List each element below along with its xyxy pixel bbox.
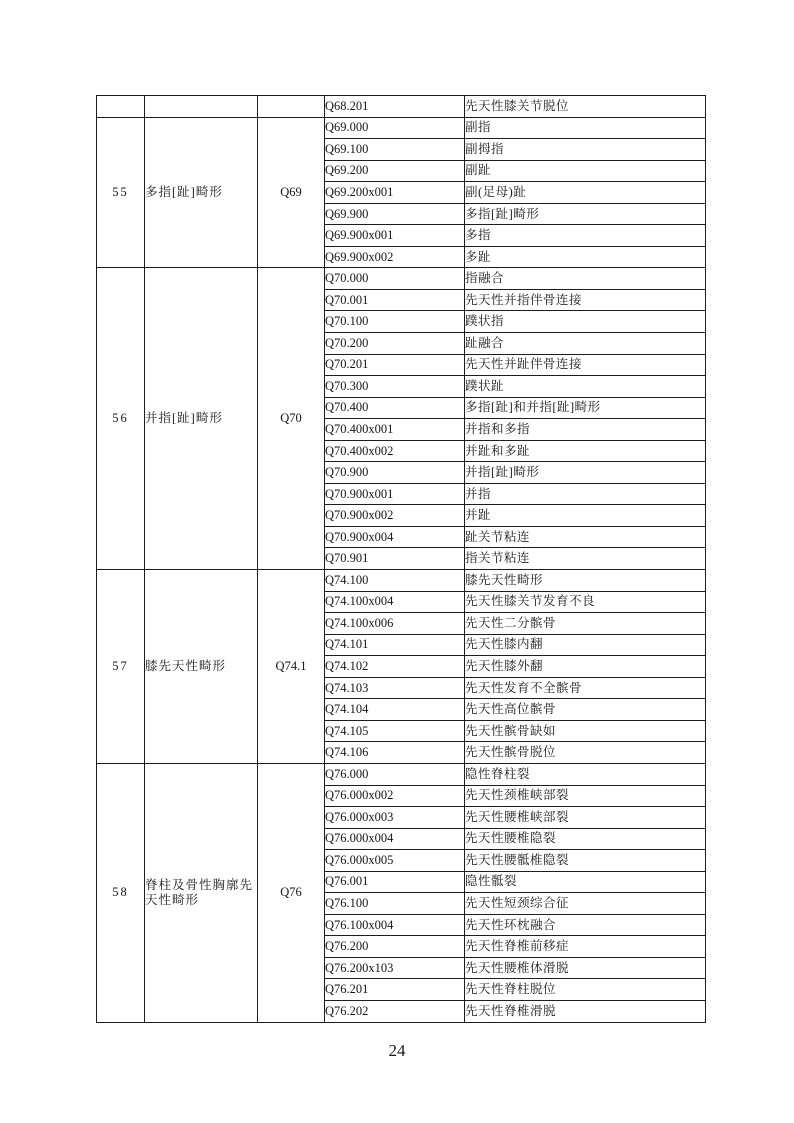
subcode-cell: Q76.201 (325, 979, 465, 1001)
description-cell: 多指 (465, 225, 706, 247)
description-cell: 蹼状指 (465, 311, 706, 333)
subcode-cell: Q70.901 (325, 548, 465, 570)
category-cell (145, 96, 258, 118)
subcode-cell: Q76.000x004 (325, 828, 465, 850)
code-cell (258, 96, 325, 118)
description-cell: 先天性并趾伴骨连接 (465, 354, 706, 376)
subcode-cell: Q76.100 (325, 893, 465, 915)
description-cell: 先天性腰椎隐裂 (465, 828, 706, 850)
description-cell: 副趾 (465, 160, 706, 182)
description-cell: 副拇指 (465, 139, 706, 161)
subcode-cell: Q70.900x004 (325, 526, 465, 548)
subcode-cell: Q70.100 (325, 311, 465, 333)
description-cell: 先天性膝外翻 (465, 656, 706, 678)
subcode-cell: Q69.100 (325, 139, 465, 161)
subcode-cell: Q76.200x103 (325, 957, 465, 979)
seq-cell: 58 (97, 763, 145, 1022)
subcode-cell: Q74.103 (325, 677, 465, 699)
subcode-cell: Q69.000 (325, 117, 465, 139)
table-row: 57膝先天性畸形Q74.1Q74.100膝先天性畸形 (97, 570, 706, 592)
subcode-cell: Q70.400 (325, 397, 465, 419)
description-cell: 指融合 (465, 268, 706, 290)
description-cell: 先天性并指伴骨连接 (465, 289, 706, 311)
description-cell: 并指[趾]畸形 (465, 462, 706, 484)
subcode-cell: Q74.104 (325, 699, 465, 721)
seq-cell: 57 (97, 570, 145, 764)
description-cell: 多趾 (465, 246, 706, 268)
description-cell: 先天性腰骶椎隐裂 (465, 850, 706, 872)
subcode-cell: Q70.001 (325, 289, 465, 311)
subcode-cell: Q76.200 (325, 936, 465, 958)
category-cell: 多指[趾]畸形 (145, 117, 258, 268)
description-cell: 并指 (465, 483, 706, 505)
description-cell: 先天性脊椎滑脱 (465, 1000, 706, 1022)
description-cell: 先天性腰椎体滑脱 (465, 957, 706, 979)
subcode-cell: Q70.900 (325, 462, 465, 484)
subcode-cell: Q76.001 (325, 871, 465, 893)
subcode-cell: Q70.900x002 (325, 505, 465, 527)
description-cell: 指关节粘连 (465, 548, 706, 570)
subcode-cell: Q70.201 (325, 354, 465, 376)
code-cell: Q76 (258, 763, 325, 1022)
subcode-cell: Q74.100 (325, 570, 465, 592)
subcode-cell: Q70.400x001 (325, 419, 465, 441)
subcode-cell: Q76.100x004 (325, 914, 465, 936)
subcode-cell: Q76.000x002 (325, 785, 465, 807)
table-row: 56并指[趾]畸形Q70Q70.000指融合 (97, 268, 706, 290)
icd-code-table: Q68.201先天性膝关节脱位55多指[趾]畸形Q69Q69.000副指Q69.… (96, 95, 706, 1023)
subcode-cell: Q74.100x006 (325, 613, 465, 635)
description-cell: 隐性脊柱裂 (465, 763, 706, 785)
subcode-cell: Q69.200x001 (325, 182, 465, 204)
subcode-cell: Q74.101 (325, 634, 465, 656)
description-cell: 副(足母)趾 (465, 182, 706, 204)
subcode-cell: Q74.105 (325, 720, 465, 742)
code-cell: Q70 (258, 268, 325, 570)
description-cell: 先天性颈椎峡部裂 (465, 785, 706, 807)
subcode-cell: Q76.000x005 (325, 850, 465, 872)
subcode-cell: Q70.900x001 (325, 483, 465, 505)
description-cell: 先天性发育不全髌骨 (465, 677, 706, 699)
table-row: 58脊柱及骨性胸廓先天性畸形Q76Q76.000隐性脊柱裂 (97, 763, 706, 785)
description-cell: 并趾和多趾 (465, 440, 706, 462)
description-cell: 先天性髌骨缺如 (465, 720, 706, 742)
document-page: Q68.201先天性膝关节脱位55多指[趾]畸形Q69Q69.000副指Q69.… (0, 0, 794, 1123)
description-cell: 先天性膝关节脱位 (465, 96, 706, 118)
description-cell: 先天性腰椎峡部裂 (465, 807, 706, 829)
description-cell: 蹼状趾 (465, 376, 706, 398)
description-cell: 并趾 (465, 505, 706, 527)
description-cell: 先天性膝内翻 (465, 634, 706, 656)
description-cell: 先天性短颈综合征 (465, 893, 706, 915)
subcode-cell: Q70.300 (325, 376, 465, 398)
category-cell: 脊柱及骨性胸廓先天性畸形 (145, 763, 258, 1022)
description-cell: 副指 (465, 117, 706, 139)
description-cell: 多指[趾]畸形 (465, 203, 706, 225)
description-cell: 先天性膝关节发育不良 (465, 591, 706, 613)
page-number: 24 (0, 1041, 794, 1061)
subcode-cell: Q74.100x004 (325, 591, 465, 613)
subcode-cell: Q69.900x002 (325, 246, 465, 268)
description-cell: 多指[趾]和并指[趾]畸形 (465, 397, 706, 419)
table-row: 55多指[趾]畸形Q69Q69.000副指 (97, 117, 706, 139)
category-cell: 并指[趾]畸形 (145, 268, 258, 570)
description-cell: 先天性脊柱脱位 (465, 979, 706, 1001)
description-cell: 先天性高位髌骨 (465, 699, 706, 721)
seq-cell: 55 (97, 117, 145, 268)
description-cell: 先天性脊椎前移症 (465, 936, 706, 958)
description-cell: 趾关节粘连 (465, 526, 706, 548)
subcode-cell: Q70.000 (325, 268, 465, 290)
description-cell: 并指和多指 (465, 419, 706, 441)
table-row: Q68.201先天性膝关节脱位 (97, 96, 706, 118)
description-cell: 先天性髌骨脱位 (465, 742, 706, 764)
subcode-cell: Q76.000 (325, 763, 465, 785)
code-cell: Q74.1 (258, 570, 325, 764)
subcode-cell: Q70.400x002 (325, 440, 465, 462)
subcode-cell: Q74.106 (325, 742, 465, 764)
category-cell: 膝先天性畸形 (145, 570, 258, 764)
subcode-cell: Q69.900 (325, 203, 465, 225)
subcode-cell: Q69.200 (325, 160, 465, 182)
subcode-cell: Q76.000x003 (325, 807, 465, 829)
subcode-cell: Q74.102 (325, 656, 465, 678)
subcode-cell: Q68.201 (325, 96, 465, 118)
seq-cell: 56 (97, 268, 145, 570)
description-cell: 趾融合 (465, 333, 706, 355)
subcode-cell: Q70.200 (325, 333, 465, 355)
description-cell: 先天性环枕融合 (465, 914, 706, 936)
seq-cell (97, 96, 145, 118)
subcode-cell: Q76.202 (325, 1000, 465, 1022)
description-cell: 隐性骶裂 (465, 871, 706, 893)
subcode-cell: Q69.900x001 (325, 225, 465, 247)
description-cell: 膝先天性畸形 (465, 570, 706, 592)
description-cell: 先天性二分髌骨 (465, 613, 706, 635)
code-cell: Q69 (258, 117, 325, 268)
